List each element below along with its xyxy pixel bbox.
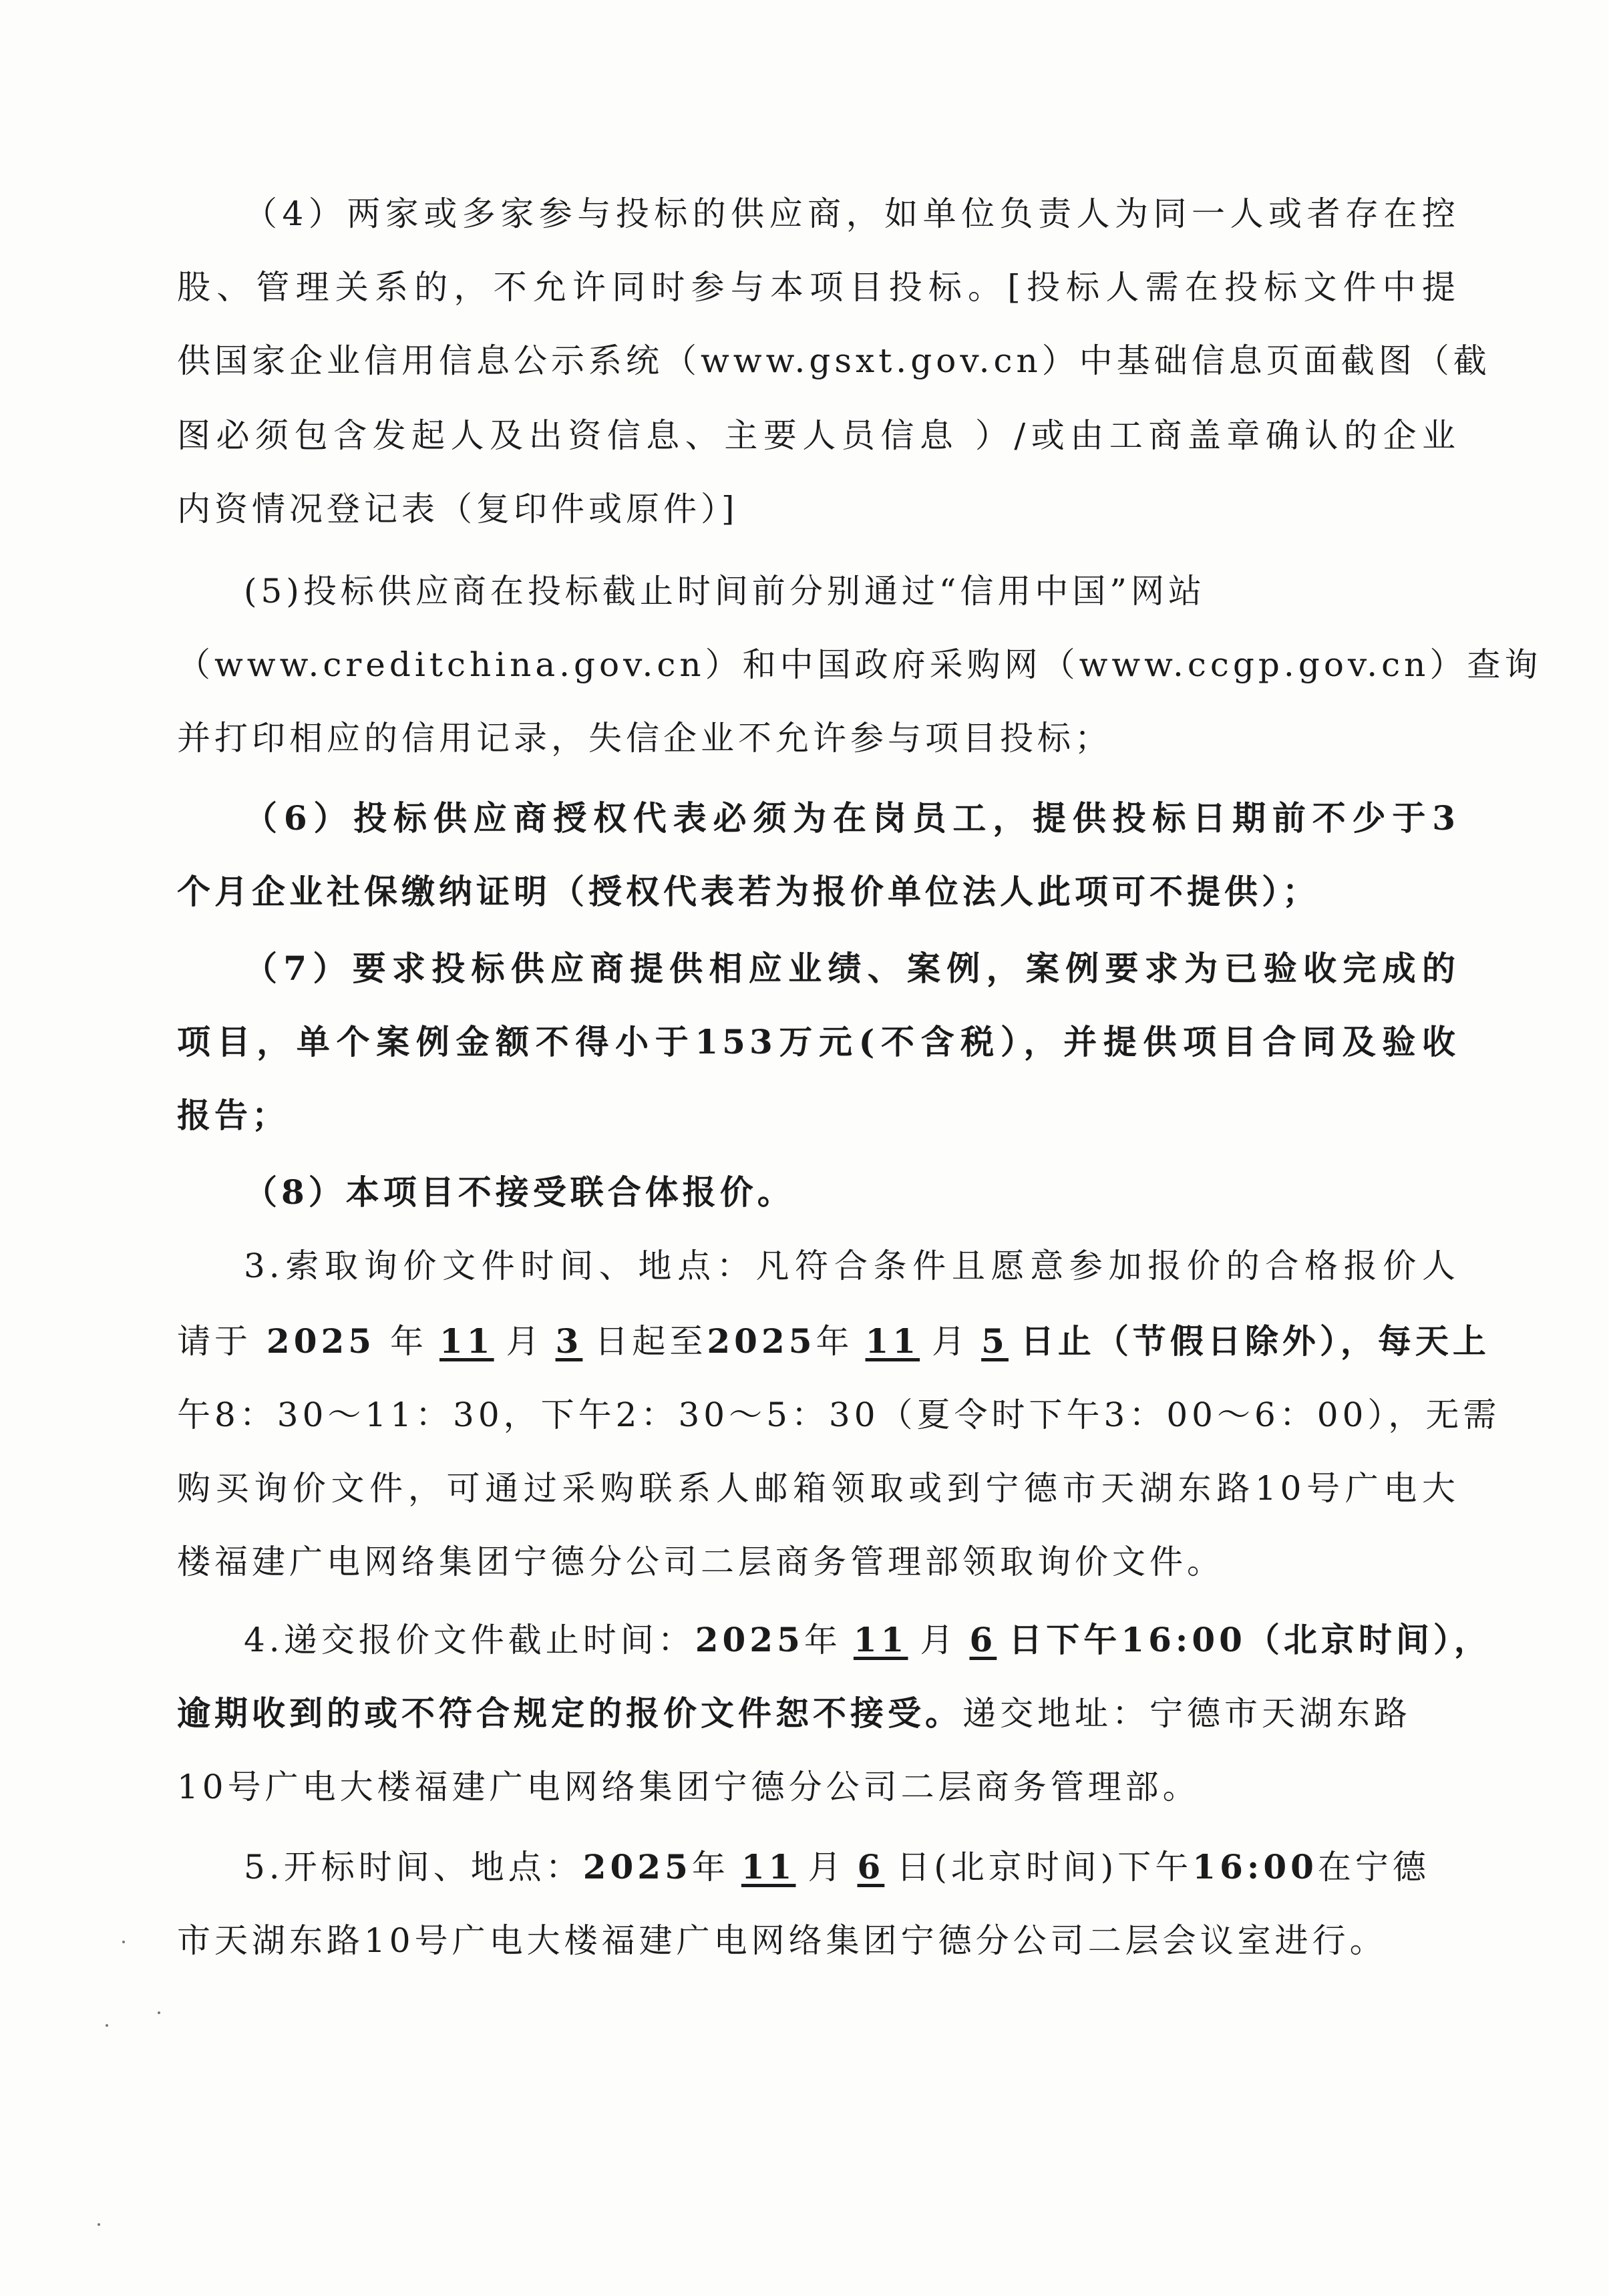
deadline-month: 11 (842, 1620, 920, 1659)
item4-line5: 内资情况登记表（复印件或原件）] (177, 489, 1459, 529)
item4-line3: 供国家企业信用信息公示系统（www.gsxt.gov.cn）中基础信息页面截图（… (177, 341, 1459, 381)
section3-suffix: 日止（节假日除外），每天上 (1021, 1321, 1490, 1361)
opening-day: 6 (845, 1847, 896, 1887)
section4-prefix: 4.递交报价文件截止时间： (244, 1621, 695, 1659)
opening-month: 11 (729, 1847, 808, 1887)
item4-line1: （4）两家或多家参与投标的供应商，如单位负责人为同一人或者存在控 (244, 194, 1459, 234)
document-page: （4）两家或多家参与投标的供应商，如单位负责人为同一人或者存在控 股、管理关系的… (0, 0, 1609, 2296)
month-label: 月 (506, 1322, 544, 1361)
item4-line4: 图必须包含发起人及出资信息、主要人员信息 ）/或由工商盖章确认的企业 (177, 416, 1459, 456)
item5-line1: (5)投标供应商在投标截止时间前分别通过“信用中国”网站 (244, 571, 1459, 611)
scan-speck (98, 2223, 100, 2226)
scan-speck (158, 2011, 160, 2014)
section5-line2: 市天湖东路10号广电大楼福建广电网络集团宁德分公司二层会议室进行。 (177, 1921, 1459, 1961)
month-label-2: 月 (932, 1322, 969, 1361)
submission-address-label: 递交地址：宁德市天湖东路 (962, 1694, 1411, 1733)
section3-line2: 请于 2025 年11月3日起至2025年11月5日止（节假日除外），每天上 (177, 1321, 1459, 1361)
section3-prefix: 请于 (177, 1322, 252, 1361)
scan-speck (106, 2024, 108, 2027)
item8-line1: （8）本项目不接受联合体报价。 (244, 1172, 1459, 1212)
scan-speck (122, 1941, 125, 1943)
end-year: 2025 (707, 1321, 816, 1361)
item7-line3: 报告； (177, 1096, 1459, 1136)
start-year: 2025 (266, 1321, 375, 1361)
item5-line2: （www.creditchina.gov.cn）和中国政府采购网（www.ccg… (177, 645, 1459, 685)
year-label-3: 年 (804, 1621, 842, 1659)
section4-line2: 逾期收到的或不符合规定的报价文件恕不接受。递交地址：宁德市天湖东路 (177, 1693, 1459, 1734)
end-month: 11 (854, 1321, 932, 1361)
item6-line1: （6）投标供应商授权代表必须为在岗员工，提供投标日期前不少于3 (244, 798, 1459, 838)
opening-time: 16:00 (1192, 1847, 1318, 1887)
start-month: 11 (427, 1321, 506, 1361)
item5-line3: 并打印相应的信用记录，失信企业不允许参与项目投标； (177, 718, 1459, 758)
section5-suffix: 在宁德 (1318, 1848, 1430, 1887)
end-day: 5 (969, 1321, 1021, 1361)
year-label-4: 年 (692, 1848, 729, 1887)
deadline-day: 6 (957, 1620, 1009, 1659)
year-label: 年 (390, 1322, 427, 1361)
section3-mid: 日起至 (594, 1322, 707, 1361)
deadline-year: 2025 (695, 1620, 804, 1659)
item7-line1: （7）要求投标供应商提供相应业绩、案例，案例要求为已验收完成的 (244, 949, 1459, 989)
start-day: 3 (544, 1321, 595, 1361)
item7-line2: 项目，单个案例金额不得小于153万元(不含税），并提供项目合同及验收 (177, 1022, 1459, 1062)
late-submission-notice: 逾期收到的或不符合规定的报价文件恕不接受。 (177, 1693, 962, 1733)
section3-line4: 购买询价文件，可通过采购联系人邮箱领取或到宁德市天湖东路10号广电大 (177, 1468, 1459, 1508)
deadline-time: 日下午16:00（北京时间）， (1009, 1620, 1491, 1659)
section5-prefix: 5.开标时间、地点： (244, 1848, 583, 1887)
item4-line2: 股、管理关系的，不允许同时参与本项目投标。[投标人需在投标文件中提 (177, 267, 1459, 307)
section3-line5: 楼福建广电网络集团宁德分公司二层商务管理部领取询价文件。 (177, 1542, 1459, 1582)
section5-mid: 日(北京时间)下午 (896, 1848, 1192, 1887)
year-label-2: 年 (816, 1322, 854, 1361)
section4-line1: 4.递交报价文件截止时间：2025年11月6日下午16:00（北京时间）， (244, 1620, 1459, 1660)
opening-year: 2025 (583, 1847, 692, 1887)
month-label-3: 月 (920, 1621, 957, 1659)
section4-line3: 10号广电大楼福建广电网络集团宁德分公司二层商务管理部。 (177, 1767, 1459, 1807)
section5-line1: 5.开标时间、地点：2025年11月6日(北京时间)下午16:00在宁德 (244, 1847, 1459, 1887)
month-label-4: 月 (808, 1848, 845, 1887)
section3-line3: 午8：30～11：30，下午2：30～5：30（夏令时下午3：00～6：00），… (177, 1395, 1459, 1435)
item6-line2: 个月企业社保缴纳证明（授权代表若为报价单位法人此项可不提供）； (177, 872, 1459, 912)
section3-line1: 3.索取询价文件时间、地点：凡符合条件且愿意参加报价的合格报价人 (244, 1246, 1459, 1286)
